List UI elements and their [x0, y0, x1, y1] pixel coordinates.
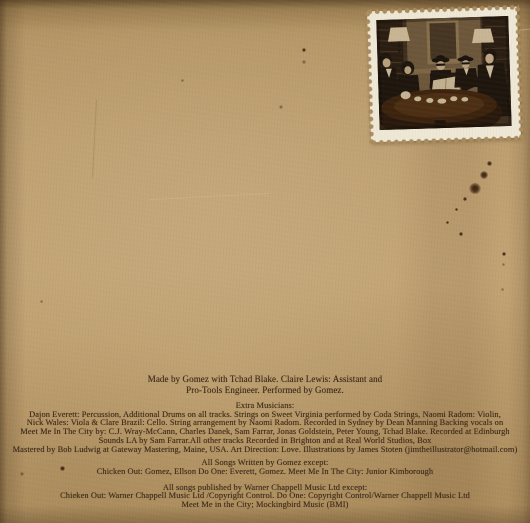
- credit-line: Mastered by Bob Ludwig at Gateway Master…: [0, 446, 530, 455]
- extra-musicians-block: Extra Musicians: Dajon Everett: Percussi…: [0, 402, 530, 454]
- made-by-block: Made by Gomez with Tchad Blake. Claire L…: [0, 374, 530, 395]
- ink-stain: [279, 105, 283, 109]
- album-liner-page: Made by Gomez with Tchad Blake. Claire L…: [0, 0, 530, 523]
- ink-stain: [502, 263, 505, 266]
- paper-crease: [92, 100, 97, 178]
- credit-line: Meet Me in the City; Mockingbird Music (…: [0, 501, 530, 510]
- stamp-perforation-icon: [513, 5, 524, 140]
- stamp-perforation-icon: [365, 3, 519, 15]
- ink-stain: [40, 300, 43, 303]
- band-photo: [376, 16, 511, 130]
- paper-crease: [150, 193, 270, 200]
- ink-stain: [463, 197, 467, 201]
- credit-line: Chicken Out: Gomez, Ellson Do One: Evere…: [0, 468, 530, 477]
- stamp-perforation-icon: [363, 9, 374, 144]
- ink-stain: [455, 208, 458, 211]
- ink-stain: [459, 232, 463, 236]
- songwriting-block: All Songs Written by Gomez except: Chick…: [0, 459, 530, 476]
- ink-stain: [502, 252, 506, 256]
- stamp-perforation-icon: [369, 134, 523, 146]
- ink-stain: [469, 183, 481, 194]
- ink-stain: [302, 60, 306, 64]
- ink-stain: [501, 288, 504, 291]
- photo-stamp: [367, 7, 521, 143]
- credit-line: Pro-Tools Engineer. Performed by Gomez.: [0, 385, 530, 396]
- credit-line: Made by Gomez with Tchad Blake. Claire L…: [0, 374, 530, 385]
- credits-text: Made by Gomez with Tchad Blake. Claire L…: [0, 374, 530, 510]
- ink-stain: [302, 48, 306, 52]
- ink-stain: [181, 79, 184, 82]
- ink-stain: [480, 171, 488, 179]
- band-at-round-table-illustration: [376, 16, 511, 130]
- publishing-block: All songs published by Warner Chappell M…: [0, 484, 530, 510]
- ink-stain: [487, 161, 492, 166]
- ink-stain: [446, 221, 449, 224]
